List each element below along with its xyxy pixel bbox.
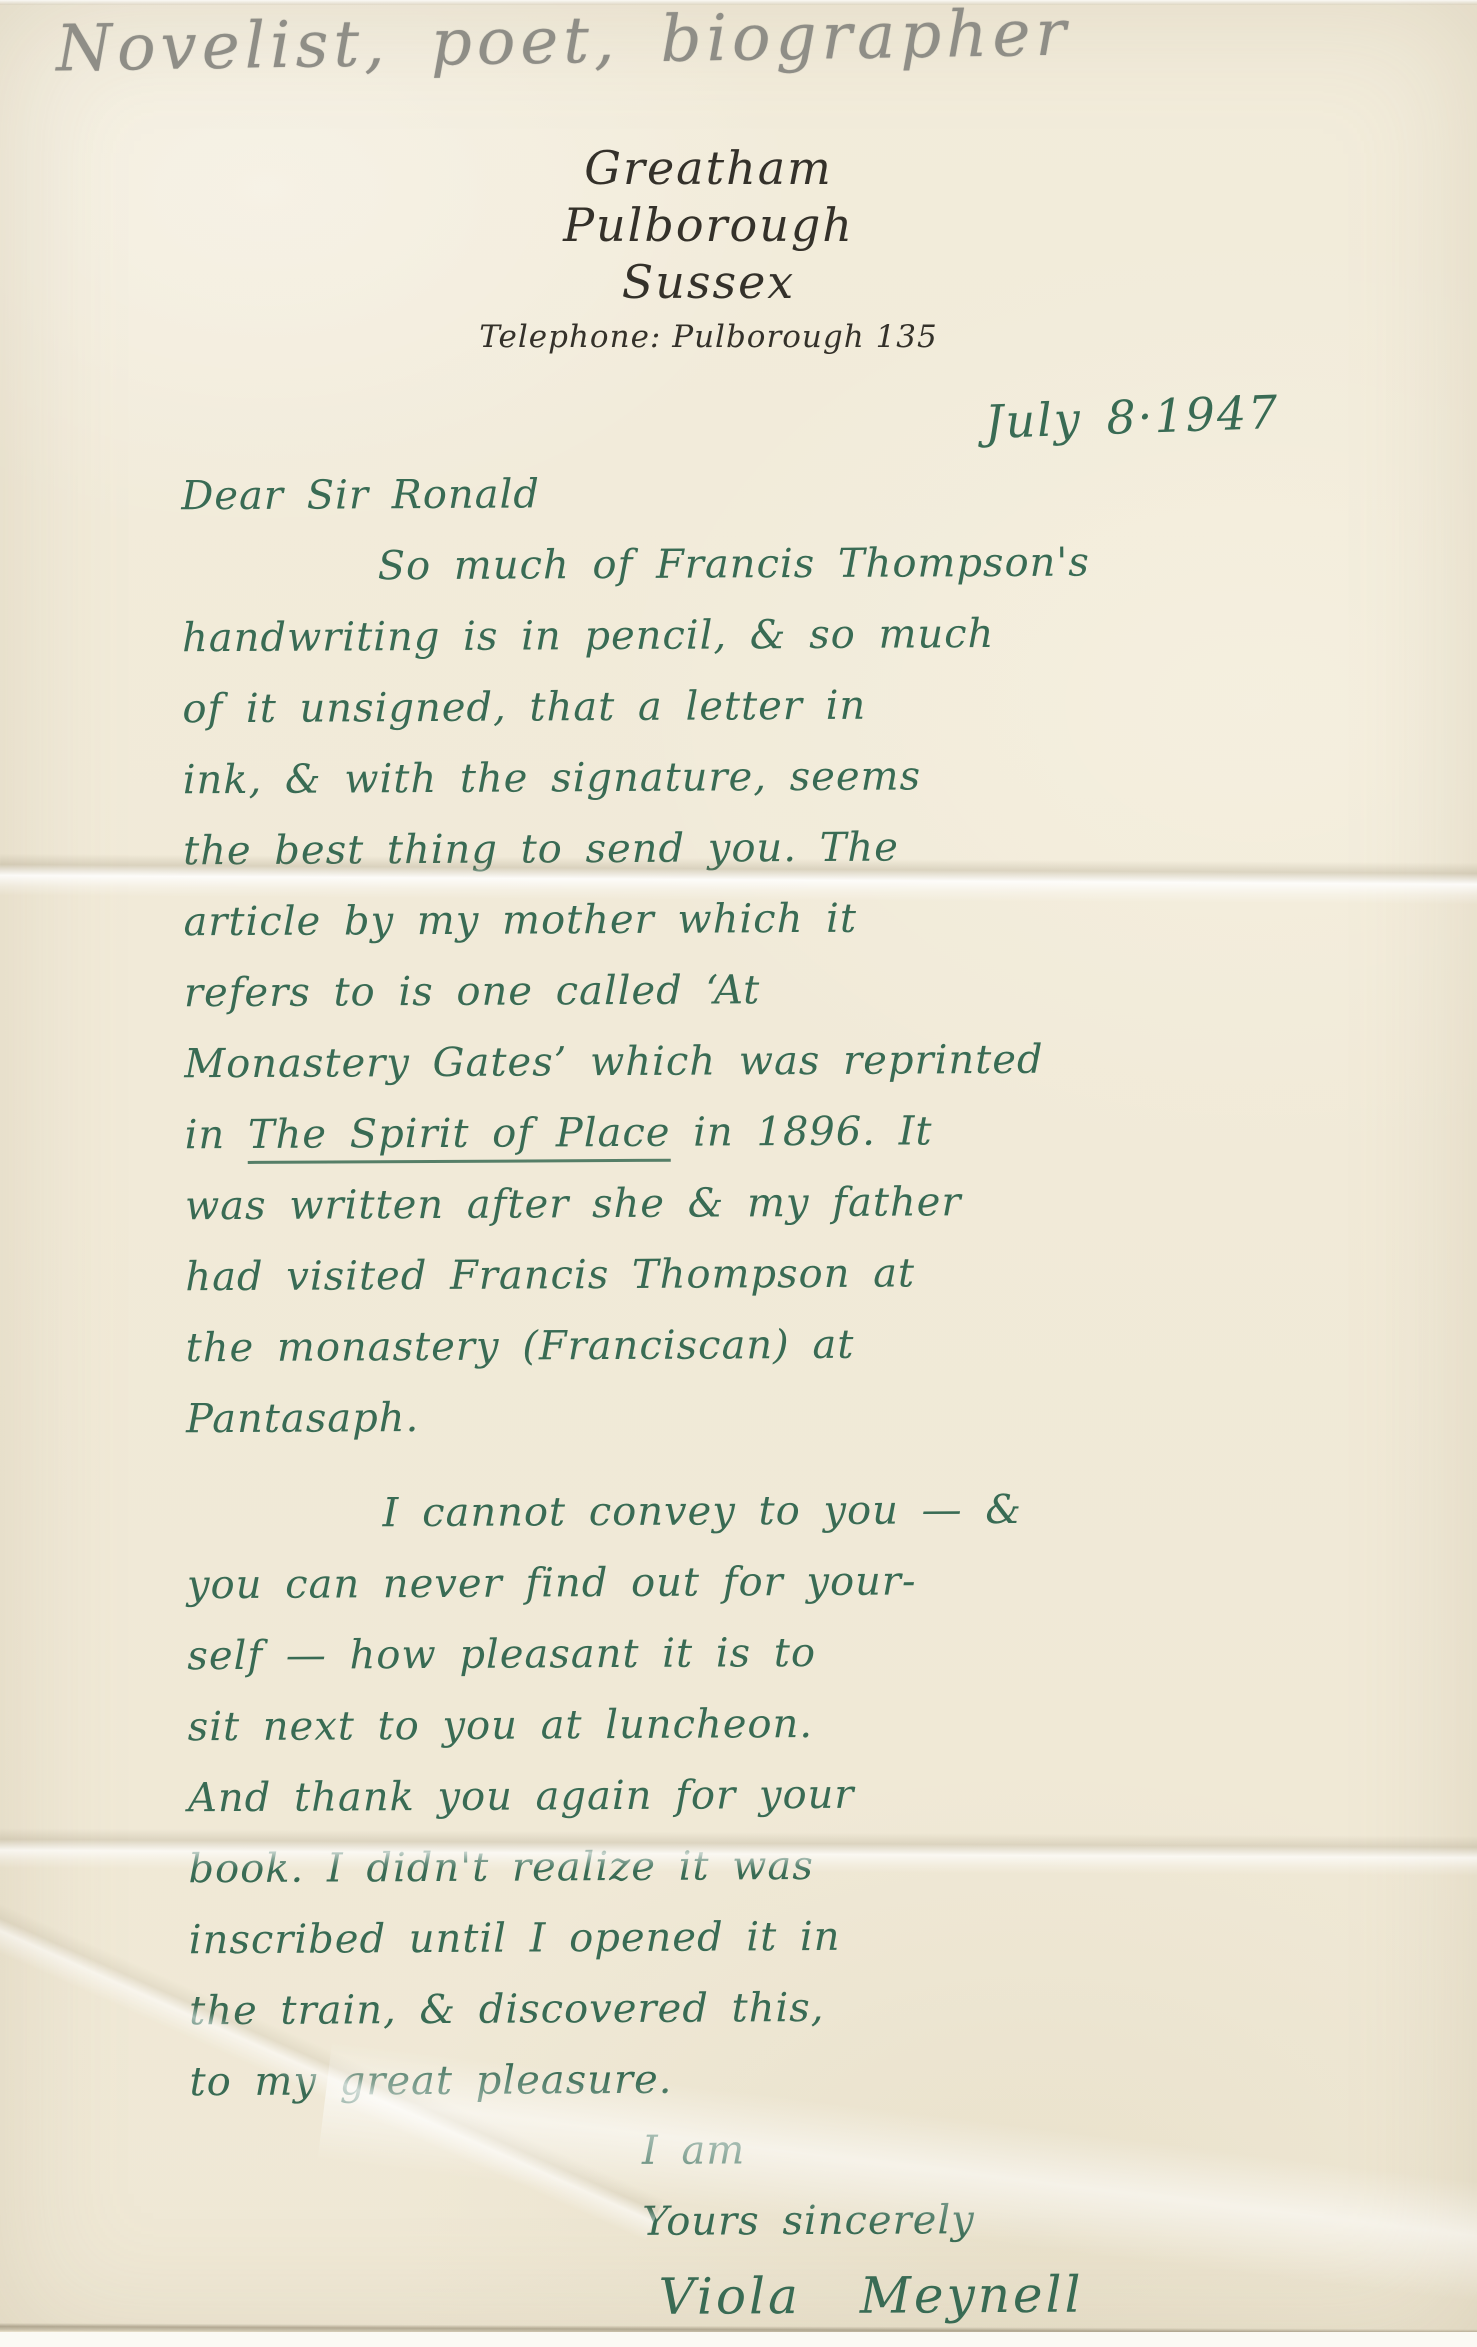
closing-line-2: Yours sincerely xyxy=(190,2183,1445,2261)
letter-line-segment: you can never find out for your- xyxy=(187,1558,917,1608)
letterhead-county: Sussex xyxy=(0,254,1447,311)
letter-line: the best thing to send you. The xyxy=(183,810,1438,888)
letter-line: handwriting is in pencil, & so much xyxy=(182,597,1437,675)
pencil-annotation: Novelist, poet, biographer xyxy=(56,0,1397,87)
letter-line-segment: ink, & with the signature, seems xyxy=(183,753,922,803)
letter-date: July 8·1947 xyxy=(984,385,1280,449)
letter-line: refers to is one called ‘At xyxy=(184,952,1439,1030)
letter-line-segment: So much of Francis Thompson's xyxy=(378,540,1090,590)
letter-line: article by my mother which it xyxy=(183,881,1438,959)
letter-line-segment: had visited Francis Thompson at xyxy=(185,1250,915,1300)
letter-line-segment: was written after she & my father xyxy=(185,1179,962,1229)
letter-line: the monastery (Franciscan) at xyxy=(186,1307,1441,1385)
letter-line-segment: to my great pleasure. xyxy=(189,2057,672,2106)
letter-lines: So much of Francis Thompson'shandwriting… xyxy=(181,526,1444,2119)
letter-line-segment: inscribed until I opened it in xyxy=(189,1914,841,1963)
closing-line-1: I am xyxy=(190,2112,1445,2190)
letter-line-segment: in 1896. It xyxy=(670,1108,932,1155)
letter-line-segment: Monastery Gates’ which was reprinted xyxy=(184,1037,1044,1087)
letter-line-segment: in xyxy=(185,1112,249,1158)
letter-line-segment: the best thing to send you. The xyxy=(183,825,899,875)
paper-top-edge xyxy=(0,0,1477,5)
salutation: Dear Sir Ronald xyxy=(181,455,1436,533)
letter-line: to my great pleasure. xyxy=(189,2041,1444,2119)
letter-line: the train, & discovered this, xyxy=(189,1970,1444,2048)
letter-line-segment: self — how pleasant it is to xyxy=(187,1630,816,1679)
letter-line: ink, & with the signature, seems xyxy=(183,739,1438,817)
letter-line-segment: handwriting is in pencil, & so much xyxy=(182,611,995,661)
underlined-book-title: The Spirit of Place xyxy=(248,1110,671,1164)
scanned-letter-page: Novelist, poet, biographer Greatham Pulb… xyxy=(0,0,1477,2347)
letter-line-segment: Pantasaph. xyxy=(186,1395,419,1442)
scanner-backing xyxy=(0,2332,1477,2347)
letter-line: of it unsigned, that a letter in xyxy=(182,668,1437,746)
letter-line: Monastery Gates’ which was reprinted xyxy=(184,1023,1439,1101)
letter-line: And thank you again for your xyxy=(188,1757,1443,1835)
letter-line: you can never find out for your- xyxy=(187,1544,1442,1622)
letterhead-town: Pulborough xyxy=(0,197,1447,254)
letter-line: book. I didn't realize it was xyxy=(188,1828,1443,1906)
letter-line: was written after she & my father xyxy=(185,1165,1440,1243)
letter-line-segment: article by my mother which it xyxy=(183,896,857,946)
letter-line: inscribed until I opened it in xyxy=(189,1899,1444,1977)
letter-line-segment: refers to is one called ‘At xyxy=(184,967,761,1016)
letter-line-segment: And thank you again for your xyxy=(188,1772,855,1821)
letterhead: Greatham Pulborough Sussex Telephone: Pu… xyxy=(0,140,1447,357)
letter-line: had visited Francis Thompson at xyxy=(185,1236,1440,1314)
letter-body: Dear Sir Ronald So much of Francis Thomp… xyxy=(181,455,1446,2339)
letter-line-segment: sit next to you at luncheon. xyxy=(188,1701,813,1750)
letter-line-segment: the train, & discovered this, xyxy=(189,1985,824,2034)
letter-line: sit next to you at luncheon. xyxy=(188,1686,1443,1764)
letterhead-place: Greatham xyxy=(0,140,1447,197)
letter-line-segment: book. I didn't realize it was xyxy=(188,1843,814,1892)
letter-line-segment: I cannot convey to you — & xyxy=(382,1487,1022,1536)
letter-line: I cannot convey to you — & xyxy=(186,1473,1441,1551)
letterhead-telephone: Telephone: Pulborough 135 xyxy=(0,317,1447,357)
letter-line: self — how pleasant it is to xyxy=(187,1615,1442,1693)
letter-line: So much of Francis Thompson's xyxy=(181,526,1436,604)
letter-line-segment: the monastery (Franciscan) at xyxy=(186,1322,855,1372)
letter-line-segment: of it unsigned, that a letter in xyxy=(182,683,866,733)
letter-line: in The Spirit of Place in 1896. It xyxy=(184,1094,1439,1172)
letter-line: Pantasaph. xyxy=(186,1378,1441,1456)
